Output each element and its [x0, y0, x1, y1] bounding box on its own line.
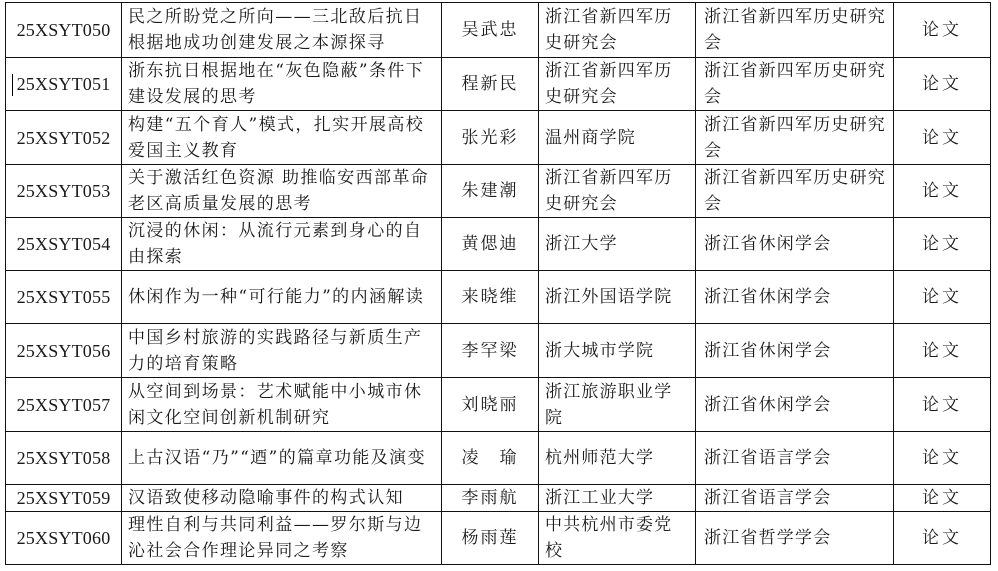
author-cell: 来晓维 — [442, 271, 539, 324]
title-cell: 上古汉语“乃”“迺”的篇章功能及演变 — [122, 432, 442, 485]
title-cell: 从空间到场景：艺术赋能中小城市休闲文化空间创新机制研究 — [122, 378, 442, 432]
unit-cell: 浙大城市学院 — [539, 324, 696, 378]
table-row: 25XSYT052 构建“五个育人”模式，扎实开展高校爱国主义教育 张光彩 温州… — [6, 111, 991, 165]
unit-cell: 中共杭州市委党校 — [539, 512, 696, 565]
unit-cell: 温州商学院 — [539, 111, 696, 165]
author-cell: 凌 瑜 — [442, 432, 539, 485]
type-cell: 论文 — [894, 111, 991, 165]
type-cell: 论文 — [894, 271, 991, 324]
unit-cell: 浙江外国语学院 — [539, 271, 696, 324]
table-row: 25XSYT054 沉浸的休闲：从流行元素到身心的自由探索 黄偲迪 浙江大学 浙… — [6, 218, 991, 271]
type-cell: 论文 — [894, 324, 991, 378]
unit-cell: 浙江工业大学 — [539, 485, 696, 512]
author-cell: 李雨航 — [442, 485, 539, 512]
title-cell: 关于激活红色资源 助推临安西部革命老区高质量发展的思考 — [122, 165, 442, 218]
code-cell: 25XSYT058 — [6, 432, 122, 485]
org-cell: 浙江省新四军历史研究会 — [696, 111, 894, 165]
unit-cell: 浙江省新四军历史研究会 — [539, 3, 696, 58]
title-cell: 民之所盼党之所向——三北敌后抗日根据地成功创建发展之本源探寻 — [122, 3, 442, 58]
org-cell: 浙江省休闲学会 — [696, 378, 894, 432]
title-cell: 中国乡村旅游的实践路径与新质生产力的培育策略 — [122, 324, 442, 378]
author-cell: 李罕梁 — [442, 324, 539, 378]
type-cell: 论文 — [894, 165, 991, 218]
code-cell: 25XSYT059 — [6, 485, 122, 512]
org-cell: 浙江省新四军历史研究会 — [696, 165, 894, 218]
code-cell: 25XSYT056 — [6, 324, 122, 378]
type-cell: 论文 — [894, 512, 991, 565]
author-cell: 朱建潮 — [442, 165, 539, 218]
paper-list-table: 25XSYT050 民之所盼党之所向——三北敌后抗日根据地成功创建发展之本源探寻… — [5, 2, 991, 565]
author-cell: 杨雨莲 — [442, 512, 539, 565]
table-row: 25XSYT057 从空间到场景：艺术赋能中小城市休闲文化空间创新机制研究 刘晓… — [6, 378, 991, 432]
type-cell: 论文 — [894, 485, 991, 512]
code-cell: 25XSYT050 — [6, 3, 122, 58]
title-cell: 理性自利与共同利益——罗尔斯与边沁社会合作理论异同之考察 — [122, 512, 442, 565]
table-row: 25XSYT053 关于激活红色资源 助推临安西部革命老区高质量发展的思考 朱建… — [6, 165, 991, 218]
title-cell: 构建“五个育人”模式，扎实开展高校爱国主义教育 — [122, 111, 442, 165]
author-cell: 程新民 — [442, 58, 539, 111]
code-cell: 25XSYT057 — [6, 378, 122, 432]
org-cell: 浙江省休闲学会 — [696, 218, 894, 271]
type-cell: 论文 — [894, 432, 991, 485]
table-row: 25XSYT060 理性自利与共同利益——罗尔斯与边沁社会合作理论异同之考察 杨… — [6, 512, 991, 565]
code-cell: 25XSYT054 — [6, 218, 122, 271]
type-cell: 论文 — [894, 378, 991, 432]
author-cell: 张光彩 — [442, 111, 539, 165]
code-cell: 25XSYT060 — [6, 512, 122, 565]
unit-cell: 浙江省新四军历史研究会 — [539, 58, 696, 111]
author-cell: 黄偲迪 — [442, 218, 539, 271]
org-cell: 浙江省哲学学会 — [696, 512, 894, 565]
unit-cell: 杭州师范大学 — [539, 432, 696, 485]
title-cell: 汉语致使移动隐喻事件的构式认知 — [122, 485, 442, 512]
type-cell: 论文 — [894, 218, 991, 271]
code-cell: 25XSYT052 — [6, 111, 122, 165]
unit-cell: 浙江旅游职业学院 — [539, 378, 696, 432]
code-cell: 25XSYT051 — [6, 58, 122, 111]
table-row: 25XSYT051 浙东抗日根据地在“灰色隐蔽”条件下建设发展的思考 程新民 浙… — [6, 58, 991, 111]
code-cell: 25XSYT053 — [6, 165, 122, 218]
org-cell: 浙江省语言学会 — [696, 485, 894, 512]
unit-cell: 浙江大学 — [539, 218, 696, 271]
code-cell: 25XSYT055 — [6, 271, 122, 324]
type-cell: 论文 — [894, 3, 991, 58]
author-cell: 刘晓丽 — [442, 378, 539, 432]
table-row: 25XSYT059 汉语致使移动隐喻事件的构式认知 李雨航 浙江工业大学 浙江省… — [6, 485, 991, 512]
table-row: 25XSYT055 休闲作为一种“可行能力”的内涵解读 来晓维 浙江外国语学院 … — [6, 271, 991, 324]
org-cell: 浙江省新四军历史研究会 — [696, 3, 894, 58]
title-cell: 休闲作为一种“可行能力”的内涵解读 — [122, 271, 442, 324]
type-cell: 论文 — [894, 58, 991, 111]
author-cell: 吴武忠 — [442, 3, 539, 58]
org-cell: 浙江省休闲学会 — [696, 271, 894, 324]
org-cell: 浙江省休闲学会 — [696, 324, 894, 378]
org-cell: 浙江省语言学会 — [696, 432, 894, 485]
unit-cell: 浙江省新四军历史研究会 — [539, 165, 696, 218]
table-row: 25XSYT050 民之所盼党之所向——三北敌后抗日根据地成功创建发展之本源探寻… — [6, 3, 991, 58]
org-cell: 浙江省新四军历史研究会 — [696, 58, 894, 111]
title-cell: 浙东抗日根据地在“灰色隐蔽”条件下建设发展的思考 — [122, 58, 442, 111]
table-row: 25XSYT056 中国乡村旅游的实践路径与新质生产力的培育策略 李罕梁 浙大城… — [6, 324, 991, 378]
title-cell: 沉浸的休闲：从流行元素到身心的自由探索 — [122, 218, 442, 271]
table-row: 25XSYT058 上古汉语“乃”“迺”的篇章功能及演变 凌 瑜 杭州师范大学 … — [6, 432, 991, 485]
